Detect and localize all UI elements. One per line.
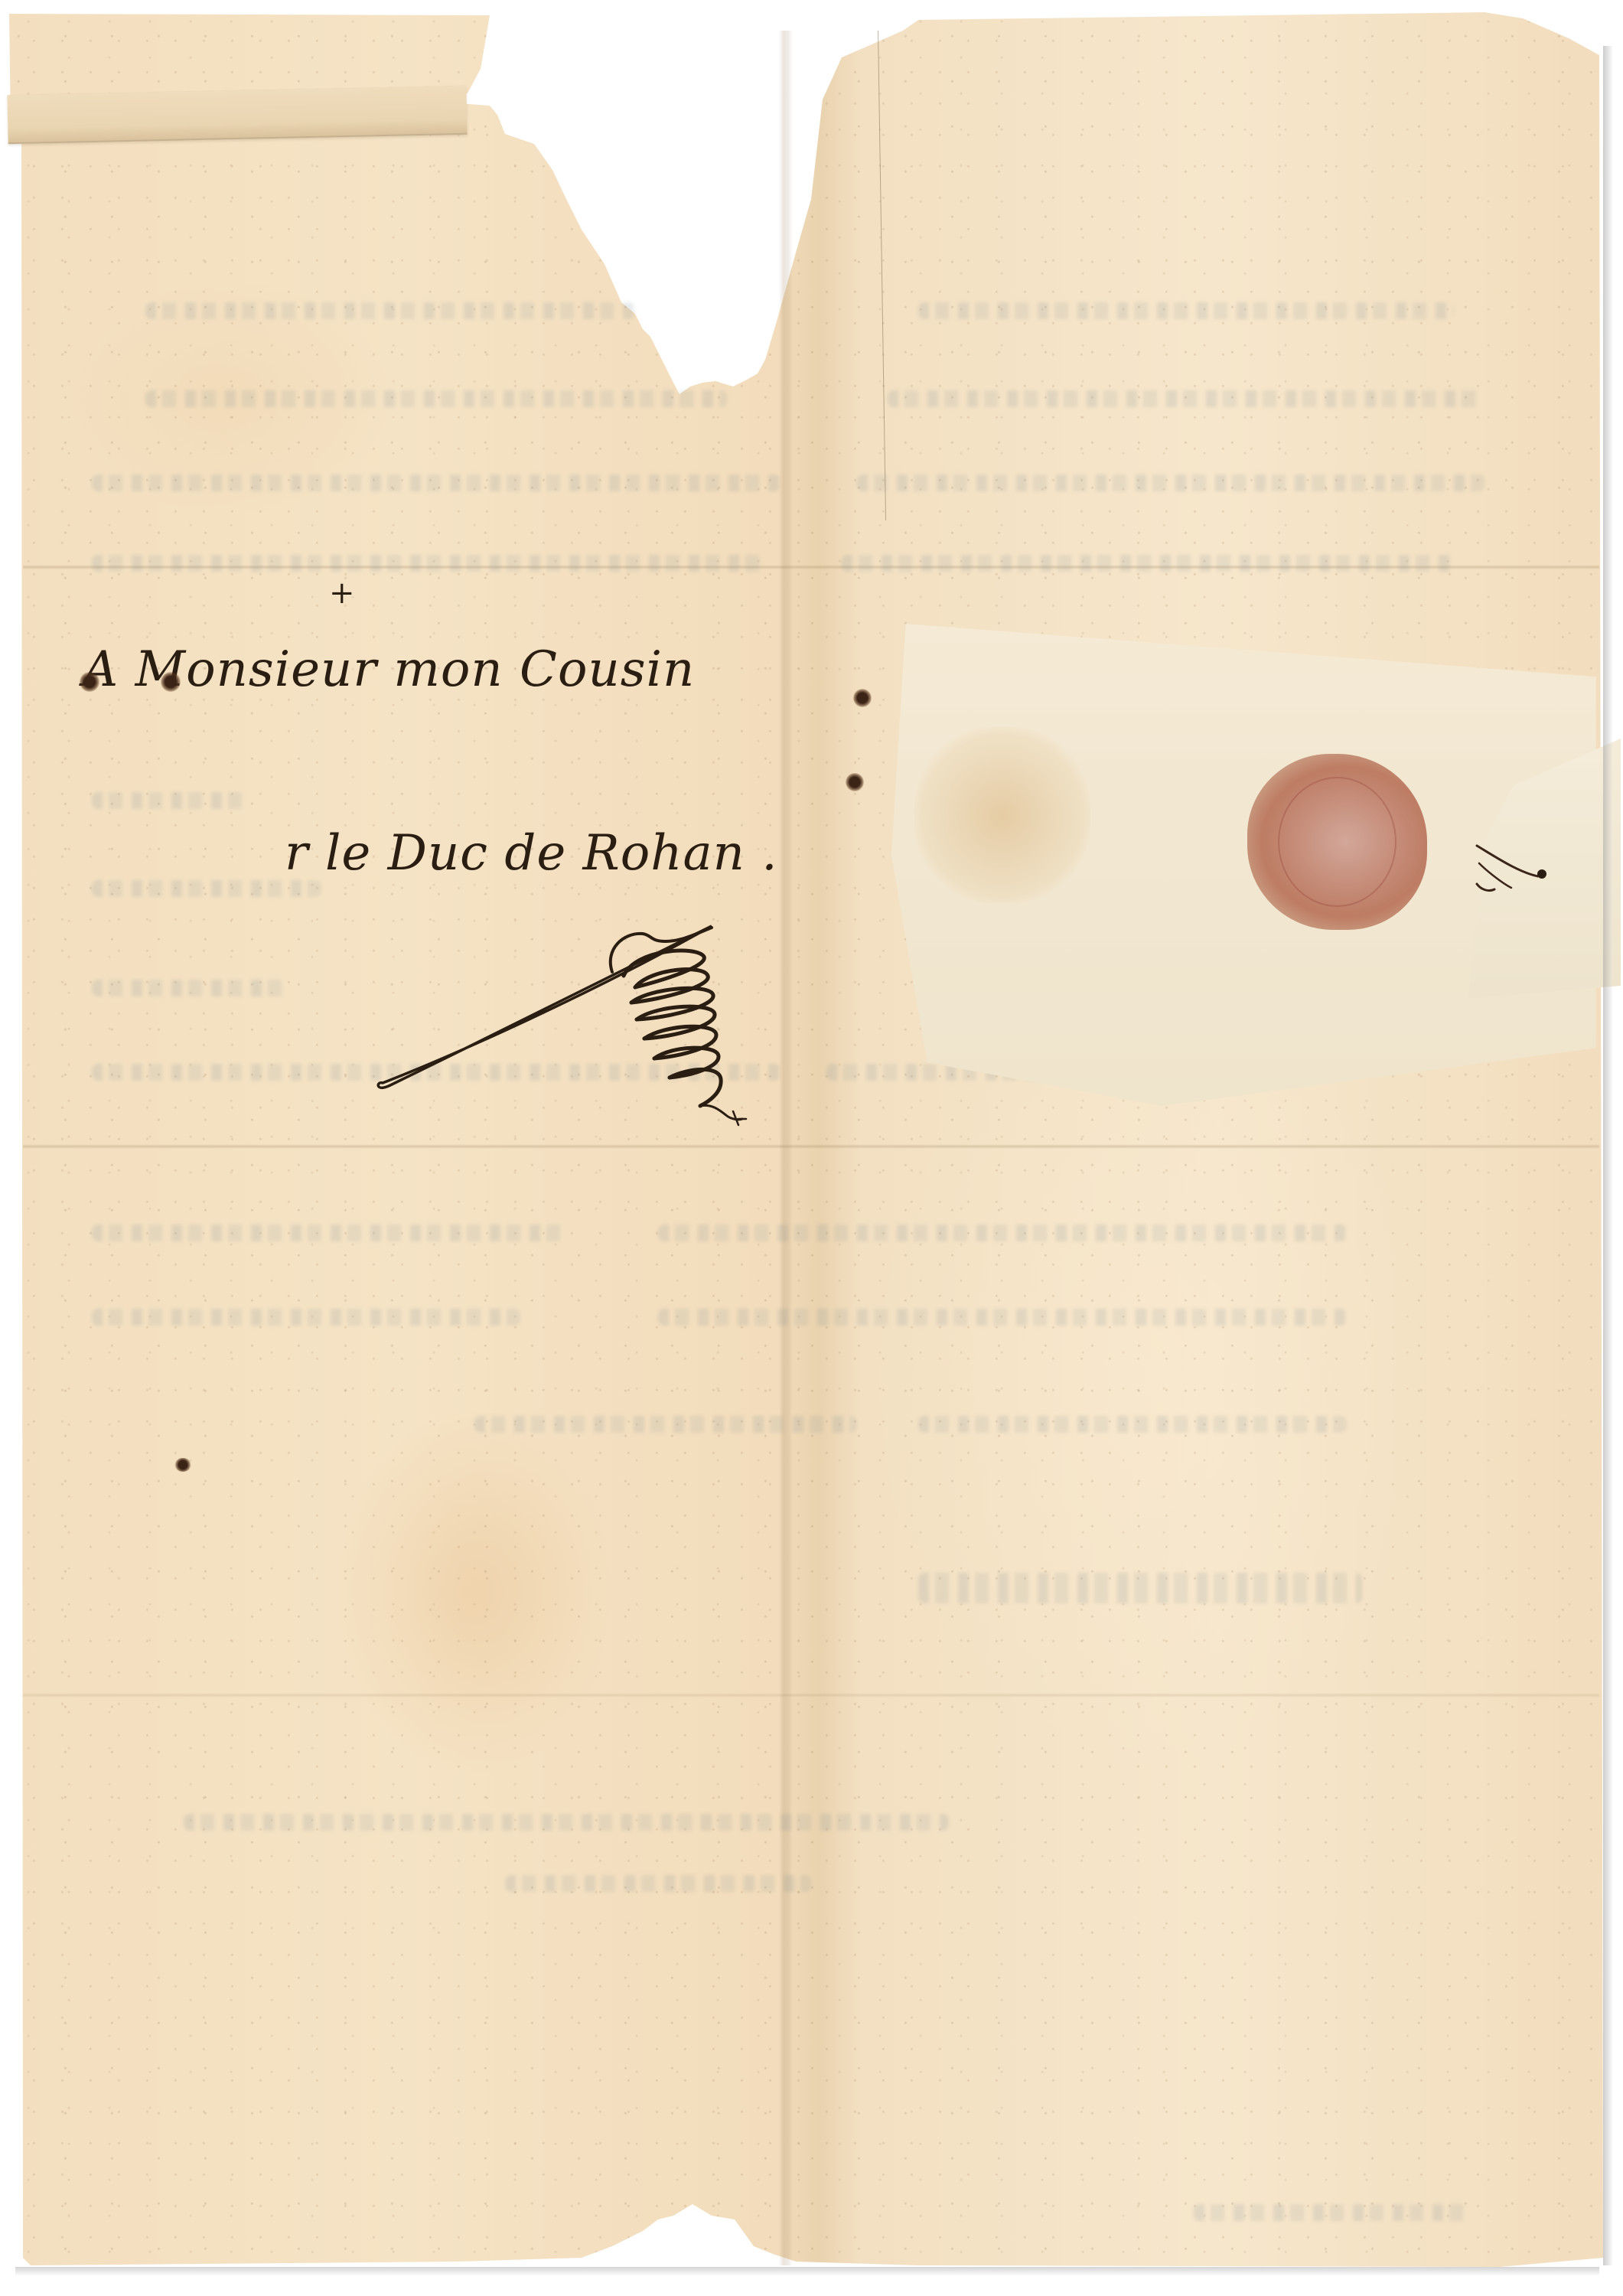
tab-ink-flourish [1473, 842, 1557, 918]
letter-sheet: + A Monsieur mon Cousin r le Duc de Roha… [0, 0, 1623, 2296]
horizontal-fold-lower [23, 1144, 1599, 1149]
cross-mark: + [329, 576, 356, 611]
ink-blot [174, 1458, 191, 1472]
ink-blot [161, 672, 181, 692]
signature-paraph [360, 903, 773, 1148]
ink-blot [80, 672, 99, 692]
top-folded-strip [7, 86, 467, 145]
address-line-2: r le Duc de Rohan . [285, 825, 778, 882]
paper-edge-right [1603, 46, 1612, 2265]
ink-blot [846, 773, 864, 791]
horizontal-fold-bottom [23, 1693, 1599, 1698]
ink-blot [853, 689, 872, 707]
wax-seal [1247, 754, 1427, 930]
seal-stain [914, 727, 1090, 903]
paper-edge-bottom [15, 2267, 1599, 2276]
